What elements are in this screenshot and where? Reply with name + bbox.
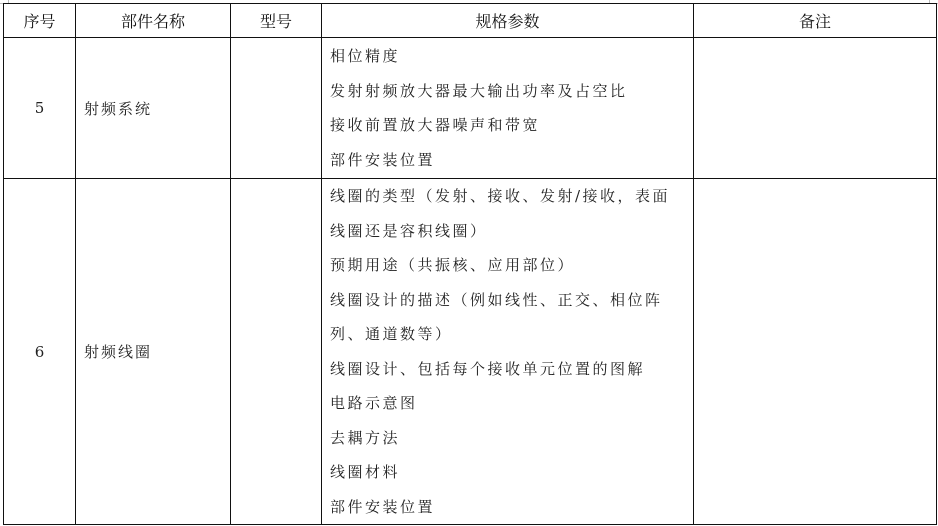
spec-line: 电路示意图 <box>330 386 687 421</box>
spec-line: 发射射频放大器最大输出功率及占空比 <box>330 74 687 109</box>
table-row: 5 射频系统 相位精度 发射射频放大器最大输出功率及占空比 接收前置放大器噪声和… <box>4 38 937 179</box>
component-spec-table: 序号 部件名称 型号 规格参数 备注 5 射频系统 相位精度 发射射频放大器最大… <box>3 3 937 525</box>
table-row: 6 射频线圈 线圈的类型（发射、接收、发射/接收，表面 线圈还是容积线圈） 预期… <box>4 179 937 525</box>
spec-line: 线圈设计的描述（例如线性、正交、相位阵 <box>330 283 687 318</box>
spec-line: 接收前置放大器噪声和带宽 <box>330 108 687 143</box>
cell-index: 5 <box>4 38 76 179</box>
spec-line: 相位精度 <box>330 39 687 74</box>
header-specifications: 规格参数 <box>322 4 694 38</box>
header-model: 型号 <box>231 4 322 38</box>
spec-line: 部件安装位置 <box>330 143 687 178</box>
cell-model <box>231 179 322 525</box>
cell-specifications: 线圈的类型（发射、接收、发射/接收，表面 线圈还是容积线圈） 预期用途（共振核、… <box>322 179 694 525</box>
spec-line: 预期用途（共振核、应用部位） <box>330 248 687 283</box>
cell-remarks <box>694 179 937 525</box>
table-header-row: 序号 部件名称 型号 规格参数 备注 <box>4 4 937 38</box>
cell-specifications: 相位精度 发射射频放大器最大输出功率及占空比 接收前置放大器噪声和带宽 部件安装… <box>322 38 694 179</box>
cell-component-name: 射频线圈 <box>76 179 231 525</box>
cell-index: 6 <box>4 179 76 525</box>
header-component-name: 部件名称 <box>76 4 231 38</box>
spec-line: 列、通道数等） <box>330 317 687 352</box>
cell-component-name: 射频系统 <box>76 38 231 179</box>
header-remarks: 备注 <box>694 4 937 38</box>
spec-line: 部件安装位置 <box>330 490 687 525</box>
header-index: 序号 <box>4 4 76 38</box>
spec-line: 去耦方法 <box>330 421 687 456</box>
spec-line: 线圈设计、包括每个接收单元位置的图解 <box>330 352 687 387</box>
cell-model <box>231 38 322 179</box>
cell-remarks <box>694 38 937 179</box>
spec-line: 线圈还是容积线圈） <box>330 214 687 249</box>
spec-line: 线圈的类型（发射、接收、发射/接收，表面 <box>330 179 687 214</box>
spec-line: 线圈材料 <box>330 455 687 490</box>
